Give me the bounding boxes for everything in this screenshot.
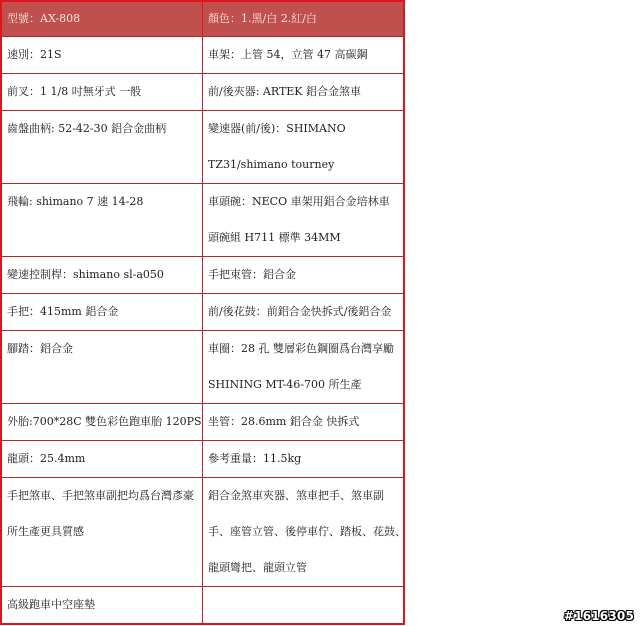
weight-cell: 參考重量：11.5kg [203,441,405,478]
fork-cell: 前叉：1 1/8 吋無牙式 一般 [1,74,203,111]
spec-row: 手把煞車、手把煞車副把均爲台灣彥豪 所生產更具質感 鋁合金煞車夾器、煞車把手、煞… [1,478,404,587]
speed-cell: 速別：21S [1,37,203,74]
shifter-cell: 變速控制桿：shimano sl-a050 [1,257,203,294]
handlebar-clamp-cell: 手把束管：鋁合金 [203,257,405,294]
tire-cell: 外胎:700*28C 雙色彩色跑車胎 120PSI [1,404,203,441]
hub-cell: 前/後花鼓：前鋁合金快拆式/後鋁合金 [203,294,405,331]
spec-row: 腳踏：鋁合金 車圈：28 孔 雙層彩色鋼圈爲台灣享勵 SHINING MT-46… [1,331,404,404]
brake-caliper-cell: 前/後夾器: ARTEK 鋁合金煞車 [203,74,405,111]
rim-cell: 車圈：28 孔 雙層彩色鋼圈爲台灣享勵 SHINING MT-46-700 所生… [203,331,405,404]
model-cell: 型號：AX-808 [1,1,203,37]
spec-row: 飛輪: shimano 7 速 14-28 車頭碗：NECO 車架用鋁合金培林車… [1,184,404,257]
frame-cell: 車架：上管 54，立管 47 高碳鋼 [203,37,405,74]
spec-row: 龍頭：25.4mm 參考重量：11.5kg [1,441,404,478]
derailleur-cell: 變速器(前/後)：SHIMANO TZ31/shimano tourney [203,111,405,184]
headset-cell: 車頭碗：NECO 車架用鋁合金培林車 頭碗組 H711 標準 34MM [203,184,405,257]
spec-row: 高級跑車中空座墊 [1,587,404,625]
crankset-cell: 齒盤曲柄: 52-42-30 鋁合金曲柄 [1,111,203,184]
spec-row: 變速控制桿：shimano sl-a050 手把束管：鋁合金 [1,257,404,294]
freewheel-cell: 飛輪: shimano 7 速 14-28 [1,184,203,257]
brake-lever-cell: 手把煞車、手把煞車副把均爲台灣彥豪 所生產更具質感 [1,478,203,587]
empty-cell [203,587,405,625]
spec-row: 齒盤曲柄: 52-42-30 鋁合金曲柄 變速器(前/後)：SHIMANO TZ… [1,111,404,184]
handlebar-cell: 手把：415mm 鋁合金 [1,294,203,331]
color-cell: 顏色：1.黑/白 2.紅/白 [203,1,405,37]
stem-cell: 龍頭：25.4mm [1,441,203,478]
saddle-cell: 高級跑車中空座墊 [1,587,203,625]
alloy-parts-cell: 鋁合金煞車夾器、煞車把手、煞車副 手、座管立管、後停車佇、踏板、花鼓、 龍頭彎把… [203,478,405,587]
spec-row: 前叉：1 1/8 吋無牙式 一般 前/後夾器: ARTEK 鋁合金煞車 [1,74,404,111]
bike-spec-table: 型號：AX-808 顏色：1.黑/白 2.紅/白 速別：21S 車架：上管 54… [0,0,405,625]
spec-row: 外胎:700*28C 雙色彩色跑車胎 120PSI 坐管：28.6mm 鋁合金 … [1,404,404,441]
image-id-watermark: #1616305 [564,609,634,623]
pedal-cell: 腳踏：鋁合金 [1,331,203,404]
seatpost-cell: 坐管：28.6mm 鋁合金 快拆式 [203,404,405,441]
spec-row: 手把：415mm 鋁合金 前/後花鼓：前鋁合金快拆式/後鋁合金 [1,294,404,331]
spec-row: 速別：21S 車架：上管 54，立管 47 高碳鋼 [1,37,404,74]
spec-header-row: 型號：AX-808 顏色：1.黑/白 2.紅/白 [1,1,404,37]
